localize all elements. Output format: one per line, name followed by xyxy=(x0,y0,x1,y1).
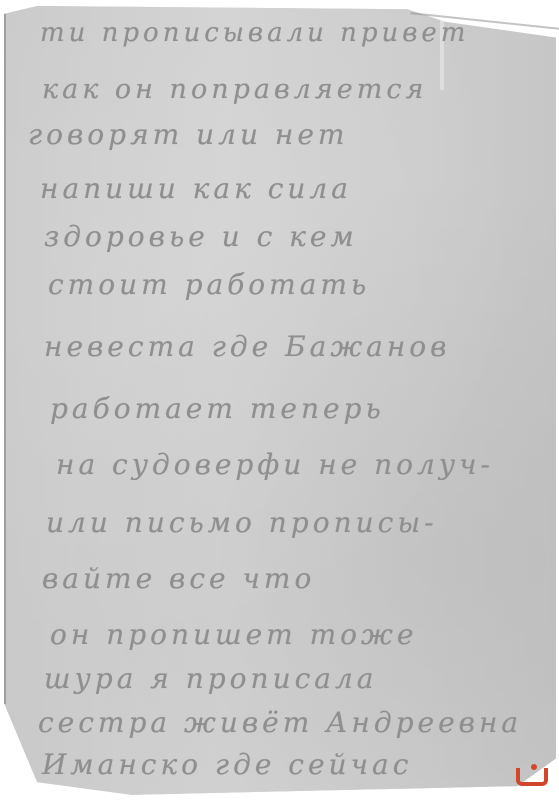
text-line: ти прописывали привет xyxy=(40,18,469,48)
handwritten-text: ти прописывали привет как он поправляетс… xyxy=(0,0,559,800)
text-line: говорят или нет xyxy=(28,118,348,151)
text-line: на судоверфи не получ- xyxy=(56,448,494,481)
text-line: здоровье и с кем xyxy=(44,220,358,253)
text-line: вайте все что xyxy=(42,562,315,595)
text-line: как он поправляется xyxy=(42,74,427,105)
text-line: невеста где Бажанов xyxy=(44,330,450,363)
text-line: он пропишет тоже xyxy=(50,618,417,651)
text-line: шура я прописала xyxy=(44,662,378,695)
text-line: Иманско где сейчас xyxy=(42,748,412,781)
text-line: работает теперь xyxy=(50,392,385,425)
text-line: напиши как сила xyxy=(40,172,352,205)
smiley-logo-icon xyxy=(516,768,548,786)
text-line: или письмо прописы- xyxy=(46,506,438,539)
text-line: стоит работать xyxy=(48,268,370,301)
text-line: сестра живёт Андреевна xyxy=(38,706,522,739)
smiley-logo-dot-icon xyxy=(531,764,537,770)
